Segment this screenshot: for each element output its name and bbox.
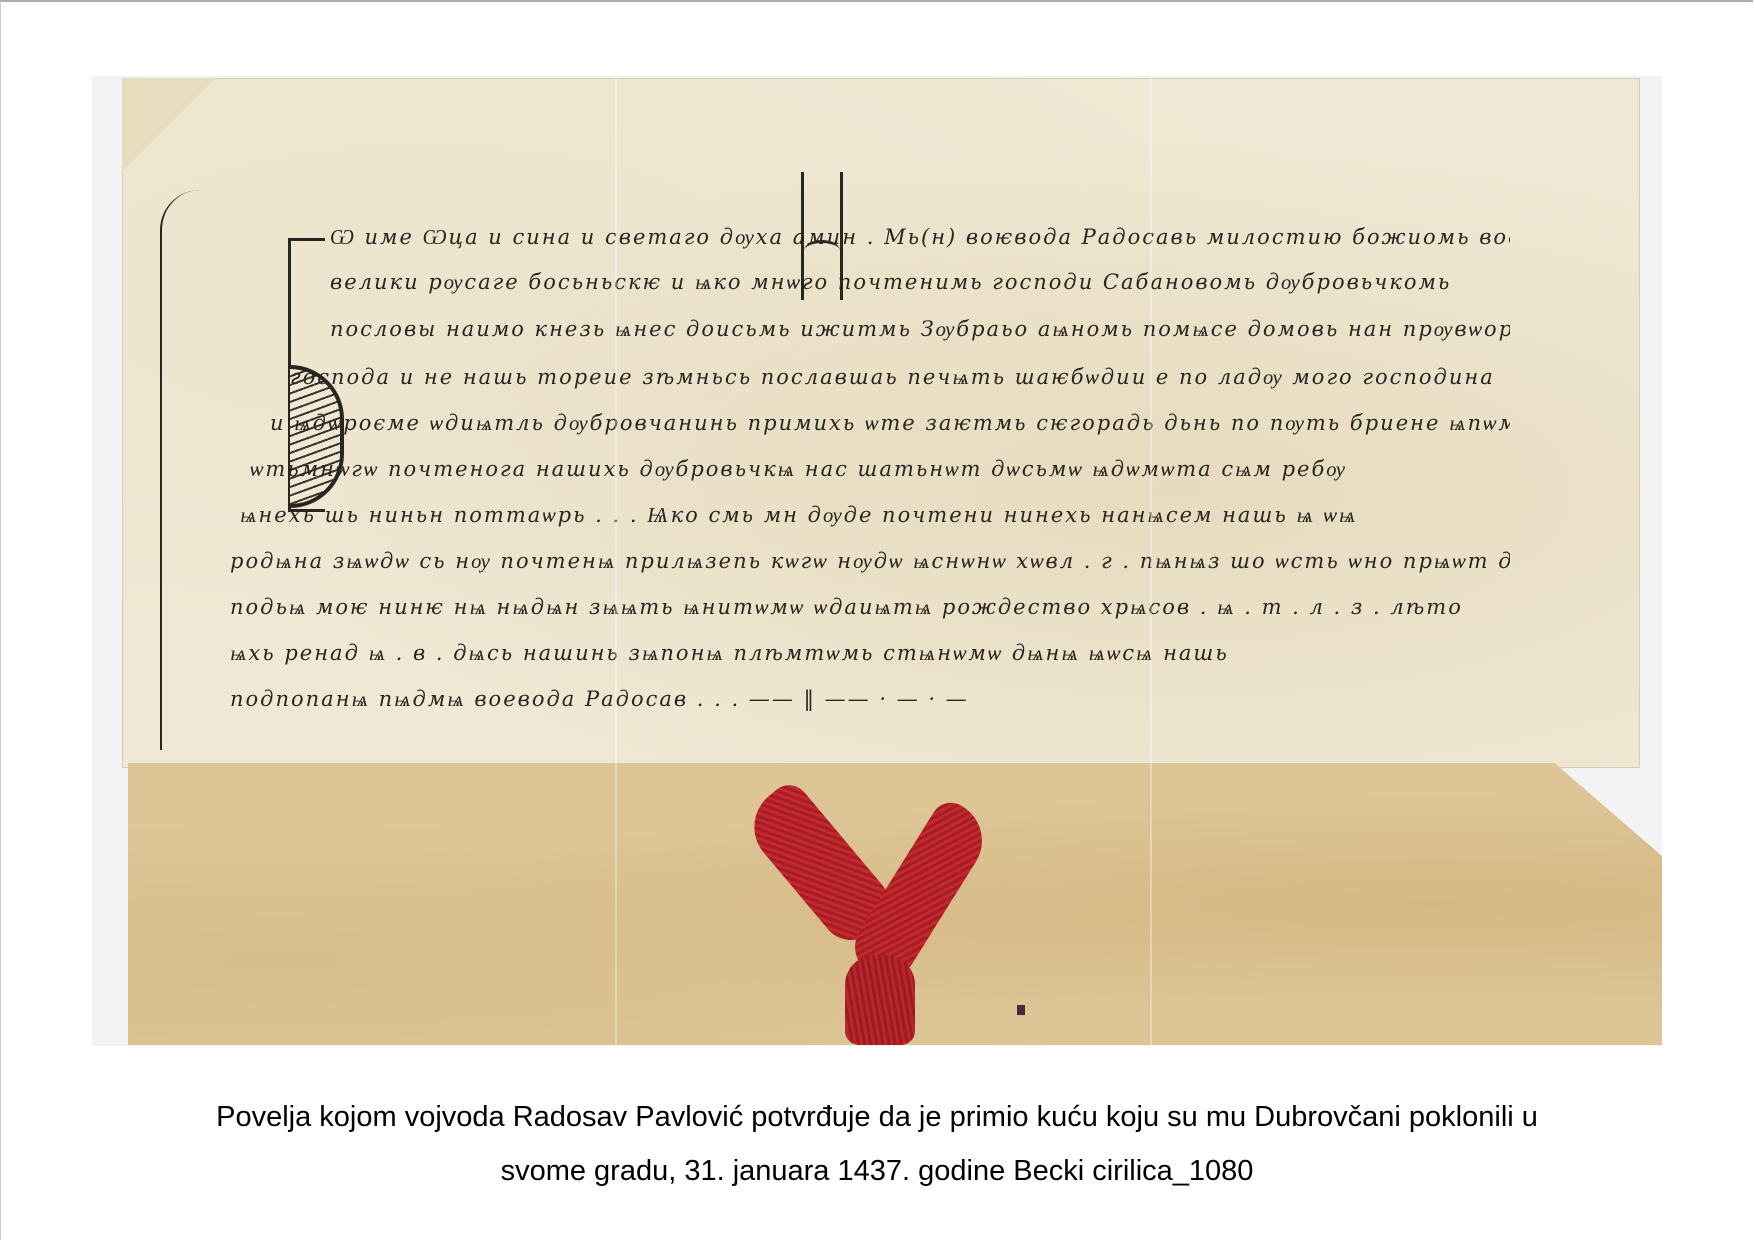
script-line: и ѩдѡроєме ѡдиѩтль дѹбровчанинь примихь … <box>270 411 1510 441</box>
script-line: родѩна зѩѡдѡ сь нѹ почтенѩ прилѩзепь кѡг… <box>230 549 1510 579</box>
script-line: велики рѹсаге босьньскѥ и ѩко мнѡго почт… <box>330 270 1510 300</box>
fold-crease <box>1150 78 1152 1045</box>
script-line: господа и не нашь тореие зѣмньсь пославш… <box>290 365 1510 395</box>
script-line: ѩнехь шь ниньн поттаѡрь . . . Ѩко смь мн… <box>240 503 1510 533</box>
seal-cord-knot <box>845 955 915 1045</box>
corner-fold <box>122 78 217 173</box>
script-line: ѡтьмнѡгѡ почтенога нашихь дѹбровьчкѩ нас… <box>250 457 1510 487</box>
script-line: подпопанѩ пѩдмѩ воевода Радосав . . . ——… <box>230 687 1510 717</box>
charter-text: Ѡ име Ѡца и сина и светаго дѹха амин . М… <box>270 225 1510 745</box>
ink-mark <box>1017 1005 1025 1015</box>
caption-line-2: svome gradu, 31. januara 1437. godine Be… <box>60 1144 1694 1198</box>
script-line: подьѩ моѥ нинѥ нѩ нѩдѩн зѩѩть ѩнитѡмѡ ѡд… <box>230 595 1510 625</box>
caption-line-1: Povelja kojom vojvoda Radosav Pavlović p… <box>60 1090 1694 1144</box>
script-line: ѩхь ренад ѩ . в . дѩсь нашинь зѩпонѩ плѣ… <box>230 641 1510 671</box>
fold-crease <box>615 78 617 1045</box>
script-line: Ѡ име Ѡца и сина и светаго дѹха амин . М… <box>330 225 1510 255</box>
figure-caption: Povelja kojom vojvoda Radosav Pavlović p… <box>60 1090 1694 1198</box>
script-line: пословы наимо кнезь ѩнес доисьмь ижитмь … <box>330 317 1510 347</box>
